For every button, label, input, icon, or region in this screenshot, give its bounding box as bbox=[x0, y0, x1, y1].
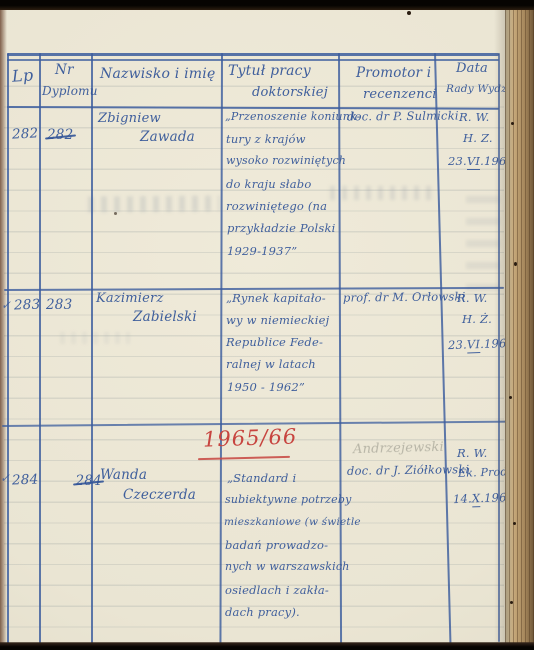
row-282-faculty-mark: H. Z. bbox=[463, 131, 493, 145]
date-day: 14. bbox=[453, 491, 472, 506]
date-month-roman: VI bbox=[467, 337, 481, 353]
row-282-thesis-line: przykładzie Polski bbox=[227, 221, 336, 235]
date-day: 23. bbox=[448, 337, 467, 352]
row-283-name-line: Zabielski bbox=[133, 309, 197, 325]
row-283-promotor: prof. dr M. Orłowski bbox=[343, 289, 466, 304]
row-284-thesis-line: badań prowadzo- bbox=[225, 538, 328, 552]
ink-speck bbox=[114, 212, 117, 215]
header-col-nr-line2: Dyplomu bbox=[42, 84, 98, 98]
row-284-promotor-pencil-note: Andrzejewski bbox=[353, 440, 444, 457]
header-col-promotor-line2: recenzenci bbox=[363, 87, 437, 102]
row-282-thesis-line: wysoko rozwiniętych bbox=[226, 154, 346, 167]
row-284-checkmark: ✓ bbox=[0, 471, 10, 485]
table-border-left bbox=[7, 53, 9, 644]
header-col-title-line2: doktorskiej bbox=[252, 85, 328, 100]
row-284-lp: 284 bbox=[12, 472, 39, 489]
spine-gutter-shadow bbox=[0, 8, 7, 644]
column-line-lp bbox=[39, 53, 41, 644]
row-283-thesis-line: ralnej w latach bbox=[226, 357, 316, 371]
row-283-thesis-line: Republice Fede- bbox=[226, 335, 323, 349]
row-282-diploma-number: 282 bbox=[47, 127, 73, 143]
row-284-thesis-line: dach pracy). bbox=[225, 605, 300, 619]
row-283-lp: 283 bbox=[14, 297, 41, 314]
table-top-line-inner bbox=[7, 59, 499, 61]
table-top-line-outer bbox=[7, 53, 499, 56]
row-284-promotor: doc. dr J. Ziółkowski bbox=[347, 462, 470, 478]
edge-speck bbox=[510, 601, 513, 604]
row-282-name-line: Zawada bbox=[140, 129, 195, 145]
row-283-council-mark: R. W. bbox=[457, 291, 487, 305]
column-line-nr bbox=[91, 53, 93, 644]
header-col-title-line1: Tytuł pracy bbox=[228, 63, 311, 79]
date-month-roman: VI bbox=[467, 154, 480, 170]
row-282-lp: 282 bbox=[12, 125, 39, 142]
row-283-thesis-line: 1950 - 1962” bbox=[227, 380, 305, 394]
row-282-thesis-line: „Przenoszenie koniunk- bbox=[225, 110, 361, 123]
row-284-thesis-line: osiedlach i zakła- bbox=[225, 583, 329, 597]
academic-year-label: 1965/66 bbox=[203, 424, 298, 451]
row-284-thesis-line: subiektywne potrzeby bbox=[225, 493, 352, 506]
notebook-ruling bbox=[4, 66, 504, 642]
scan-dark-band-bottom bbox=[0, 642, 534, 650]
row-284-thesis-line: mieszkaniowe (w świetle bbox=[224, 516, 361, 528]
ink-speck bbox=[407, 11, 411, 15]
book-page-edges bbox=[505, 6, 534, 646]
row-282-name-line: Zbigniew bbox=[98, 111, 161, 126]
edge-speck bbox=[513, 522, 516, 525]
scan-dark-band-top bbox=[0, 0, 534, 10]
register-page-scan: Lp Nr Dyplomu Nazwisko i imię Tytuł prac… bbox=[0, 0, 534, 650]
row-283-name-line: Kazimierz bbox=[96, 291, 164, 306]
row-282-thesis-line: 1929-1937” bbox=[227, 244, 297, 258]
row-283-thesis-line: „Rynek kapitało- bbox=[226, 291, 326, 305]
row-282-council-mark: R. W. bbox=[459, 110, 489, 124]
edge-speck bbox=[514, 262, 517, 266]
row-284-thesis-line: „Standard i bbox=[227, 471, 296, 485]
row-284-council-mark: R. W. bbox=[457, 446, 487, 460]
header-col-promotor-line1: Promotor i bbox=[356, 65, 431, 81]
row-284-name-line: Wanda bbox=[100, 467, 147, 483]
row-283-thesis-line: wy w niemieckiej bbox=[226, 313, 329, 327]
header-col-name: Nazwisko i imię bbox=[100, 66, 215, 82]
row-282-thesis-line: rozwiniętego (na bbox=[226, 199, 327, 213]
row-284-name-line: Czeczerda bbox=[123, 487, 196, 503]
row-283-checkmark: ✓ bbox=[1, 298, 11, 312]
row-284-diploma-number: 284 bbox=[75, 473, 101, 489]
header-col-nr-line1: Nr bbox=[55, 62, 74, 78]
header-col-date-line1: Data bbox=[456, 61, 488, 76]
row-282-thesis-line: tury z krajów bbox=[226, 132, 306, 146]
edge-speck bbox=[511, 122, 514, 125]
row-283-diploma-number: 283 bbox=[46, 297, 72, 313]
header-col-lp: Lp bbox=[11, 65, 34, 85]
row-282-promotor: doc. dr P. Sulmicki bbox=[347, 109, 459, 124]
date-day: 23. bbox=[448, 154, 467, 168]
row-284-thesis-line: nych w warszawskich bbox=[225, 560, 349, 573]
edge-speck bbox=[509, 396, 512, 399]
row-282-thesis-line: do kraju słabo bbox=[226, 177, 311, 191]
row-283-faculty-mark: H. Ż. bbox=[462, 312, 492, 326]
